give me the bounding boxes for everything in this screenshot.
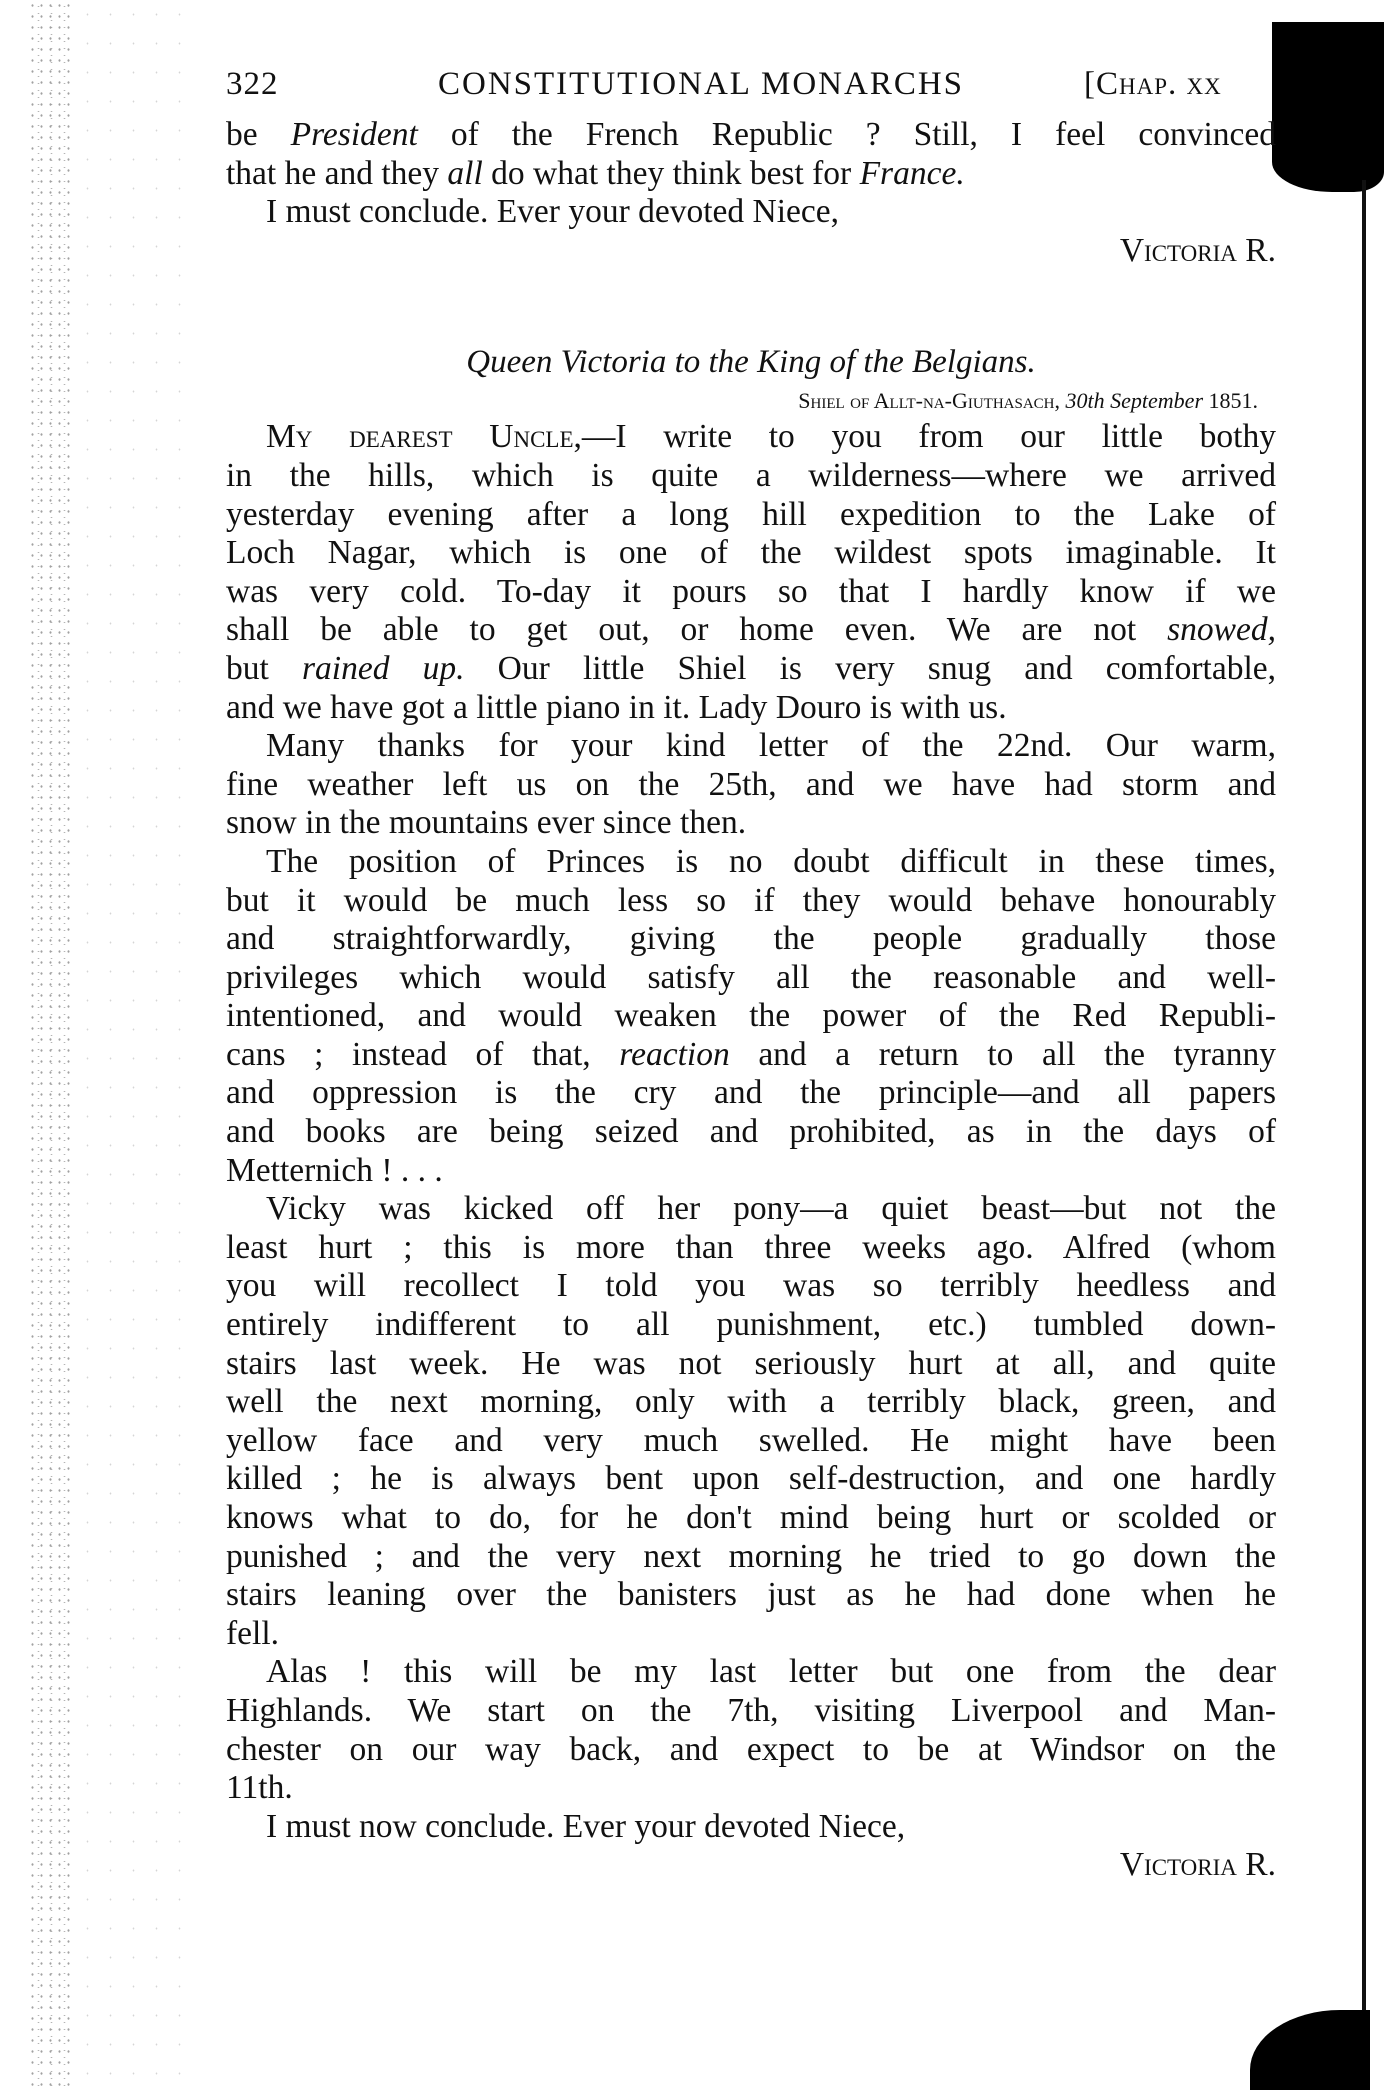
text-line: that he and they all do what they think … (226, 155, 1276, 194)
text-line: punished ; and the very next morning he … (226, 1538, 1276, 1577)
scan-artifact-top (1272, 22, 1384, 192)
paragraph: Vicky was kicked off her pony—a quiet be… (226, 1190, 1276, 1653)
text-line: 11th. (226, 1769, 1276, 1808)
text-line: Vicky was kicked off her pony—a quiet be… (226, 1190, 1276, 1229)
text-line: and oppression is the cry and the princi… (226, 1074, 1276, 1113)
running-head: 322 CONSTITUTIONAL MONARCHS [Chap. xx (226, 48, 1276, 108)
text-line: you will recollect I told you was so ter… (226, 1267, 1276, 1306)
text-line: but it would be much less so if they wou… (226, 882, 1276, 921)
paragraph: My dearest Uncle,—I write to you from ou… (226, 418, 1276, 727)
scan-edge-speckle (28, 0, 76, 2090)
text-line: Alas ! this will be my last letter but o… (226, 1653, 1276, 1692)
text-line: be President of the French Republic ? St… (226, 116, 1276, 155)
text-line: was very cold. To-day it pours so that I… (226, 573, 1276, 612)
dateline-year: 1851. (1209, 388, 1259, 413)
letter-body: My dearest Uncle,—I write to you from ou… (226, 418, 1276, 1846)
text-line: knows what to do, for he don't mind bein… (226, 1499, 1276, 1538)
paragraph: The position of Princes is no doubt diff… (226, 843, 1276, 1190)
text-line: and straightforwardly, giving the people… (226, 920, 1276, 959)
text-line: intentioned, and would weaken the power … (226, 997, 1276, 1036)
text-line: Loch Nagar, which is one of the wildest … (226, 534, 1276, 573)
text-line: and books are being seized and prohibite… (226, 1113, 1276, 1152)
text-line: least hurt ; this is more than three wee… (226, 1229, 1276, 1268)
text-line: I must now conclude. Ever your devoted N… (226, 1808, 1276, 1847)
paragraph: I must now conclude. Ever your devoted N… (226, 1808, 1276, 1847)
text-line: Many thanks for your kind letter of the … (226, 727, 1276, 766)
text-line: in the hills, which is quite a wildernes… (226, 457, 1276, 496)
text-line: killed ; he is always bent upon self-des… (226, 1460, 1276, 1499)
dateline-place: Shiel of Allt-na-Giuthasach, (798, 388, 1060, 413)
text-line: My dearest Uncle,—I write to you from ou… (226, 418, 1276, 457)
letter-signature: Victoria R. (226, 1846, 1286, 1885)
salutation: My dearest Uncle, (266, 418, 582, 455)
text-line: but rained up. Our little Shiel is very … (226, 650, 1276, 689)
scan-artifact-bottom (1250, 2010, 1370, 2090)
scan-margin-noise (76, 0, 196, 2090)
chapter-label: [Chap. xx (1084, 66, 1222, 103)
text-line: cans ; instead of that, reaction and a r… (226, 1036, 1276, 1075)
text-line: Metternich ! . . . (226, 1152, 1276, 1191)
text-line: entirely indifferent to all punishment, … (226, 1306, 1276, 1345)
previous-letter-signature: Victoria R. (226, 232, 1286, 271)
book-title: CONSTITUTIONAL MONARCHS (438, 66, 964, 103)
dateline-date: 30th September (1066, 388, 1203, 413)
text-line: stairs last week. He was not seriously h… (226, 1345, 1276, 1384)
paragraph: Alas ! this will be my last letter but o… (226, 1653, 1276, 1807)
text-line: yellow face and very much swelled. He mi… (226, 1422, 1276, 1461)
text-line: yesterday evening after a long hill expe… (226, 496, 1276, 535)
text-line: well the next morning, only with a terri… (226, 1383, 1276, 1422)
text-line: Highlands. We start on the 7th, visiting… (226, 1692, 1276, 1731)
text-line: chester on our way back, and expect to b… (226, 1731, 1276, 1770)
book-page: 322 CONSTITUTIONAL MONARCHS [Chap. xx be… (226, 48, 1276, 1885)
text-line: shall be able to get out, or home even. … (226, 611, 1276, 650)
paragraph: Many thanks for your kind letter of the … (226, 727, 1276, 843)
text-line: The position of Princes is no doubt diff… (226, 843, 1276, 882)
text-line: privileges which would satisfy all the r… (226, 959, 1276, 998)
previous-letter-continuation: be President of the French Republic ? St… (226, 116, 1276, 193)
text-line: snow in the mountains ever since then. (226, 804, 1276, 843)
previous-letter-closing: I must conclude. Ever your devoted Niece… (226, 193, 1276, 232)
text-line: stairs leaning over the banisters just a… (226, 1576, 1276, 1615)
text-line: fell. (226, 1615, 1276, 1654)
text-line: fine weather left us on the 25th, and we… (226, 766, 1276, 805)
scan-page-edge-line (1362, 180, 1366, 2070)
letter-dateline: Shiel of Allt-na-Giuthasach, 30th Septem… (226, 388, 1276, 414)
text-line: and we have got a little piano in it. La… (226, 689, 1276, 728)
page-number: 322 (226, 66, 279, 103)
letter-heading: Queen Victoria to the King of the Belgia… (226, 342, 1276, 382)
